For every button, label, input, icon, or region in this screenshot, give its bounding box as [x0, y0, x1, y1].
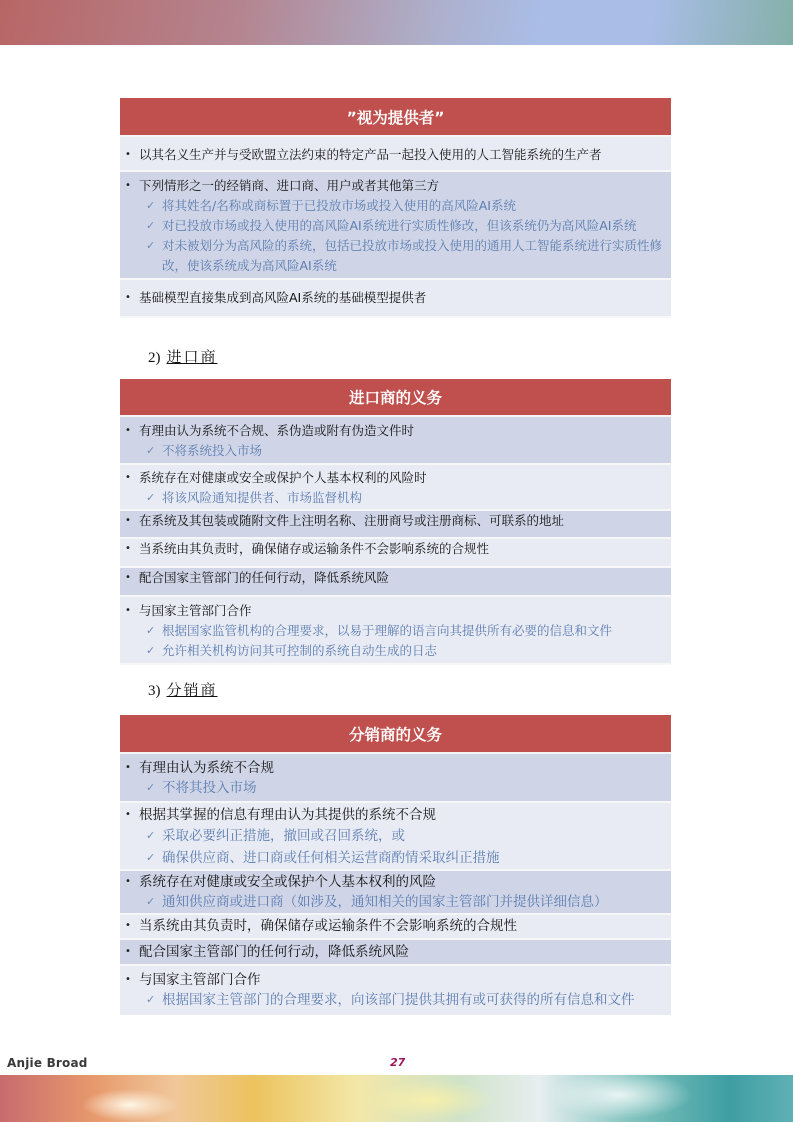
table-row: •基础模型直接集成到高风险AI系统的基础模型提供者 — [120, 280, 671, 318]
table-row: •有理由认为系统不合规 ✓不将其投入市场 — [120, 754, 671, 803]
sub-item-text: 确保供应商、进口商或任何相关运营商酌情采取纠正措施 — [162, 847, 671, 869]
importer-obligations-table: 进口商的义务 •有理由认为系统不合规、系伪造或附有伪造文件时 ✓不将系统投入市场… — [120, 379, 671, 665]
table-row: •当系统由其负责时，确保储存或运输条件不会影响系统的合规性 — [120, 915, 671, 940]
table-row: •与国家主管部门合作 ✓根据国家监管机构的合理要求，以易于理解的语言向其提供所有… — [120, 597, 671, 665]
table-row: •配合国家主管部门的任何行动，降低系统风险 — [120, 568, 671, 597]
sub-item-text: 不将其投入市场 — [162, 778, 671, 798]
bullet-icon: • — [124, 601, 139, 621]
table-title: ˮ视为提供者ˮ — [347, 106, 445, 128]
section-heading-importer: 2)进口商 — [148, 346, 218, 367]
row-text: 以其名义生产并与受欧盟立法约束的特定产品一起投入使用的人工智能系统的生产者 — [139, 145, 602, 165]
section-number: 3) — [148, 683, 161, 699]
sub-item-text: 对未被划分为高风险的系统，包括已投放市场或投入使用的通用人工智能系统进行实质性修… — [162, 236, 671, 276]
table-header: 进口商的义务 — [120, 379, 671, 417]
sub-item-text: 采取必要纠正措施，撤回或召回系统，或 — [162, 825, 671, 847]
bullet-icon: • — [124, 970, 139, 990]
sub-item-text: 根据国家主管部门的合理要求，向该部门提供其拥有或可获得的所有信息和文件 — [162, 990, 671, 1010]
section-name: 分销商 — [167, 683, 218, 699]
distributor-obligations-table: 分销商的义务 •有理由认为系统不合规 ✓不将其投入市场 •根据其掌握的信息有理由… — [120, 715, 671, 1015]
table-header: ˮ视为提供者ˮ — [120, 98, 671, 137]
bullet-icon: • — [124, 288, 139, 308]
bullet-icon: • — [124, 176, 139, 196]
sub-item-text: 不将系统投入市场 — [162, 441, 671, 461]
row-text: 根据其掌握的信息有理由认为其提供的系统不合规 — [139, 805, 436, 825]
table-row: •在系统及其包装或随附文件上注明名称、注册商号或注册商标、可联系的地址 — [120, 511, 671, 539]
bullet-icon: • — [124, 758, 139, 778]
bullet-icon: • — [124, 872, 139, 892]
sub-item-text: 通知供应商或进口商（如涉及，通知相关的国家主管部门并提供详细信息） — [162, 892, 671, 912]
bottom-decorative-art — [0, 1075, 793, 1122]
row-text: 有理由认为系统不合规、系伪造或附有伪造文件时 — [139, 421, 414, 441]
bullet-icon: • — [124, 568, 139, 588]
row-text: 基础模型直接集成到高风险AI系统的基础模型提供者 — [139, 288, 426, 308]
top-banner — [0, 0, 793, 45]
section-name: 进口商 — [167, 350, 218, 366]
table-row: •配合国家主管部门的任何行动，降低系统风险 — [120, 940, 671, 966]
footer-author: Anjie Broad — [7, 1056, 88, 1070]
row-text: 与国家主管部门合作 — [139, 601, 252, 621]
table-row: •与国家主管部门合作 ✓根据国家主管部门的合理要求，向该部门提供其拥有或可获得的… — [120, 966, 671, 1015]
row-text: 有理由认为系统不合规 — [139, 758, 274, 778]
row-text: 配合国家主管部门的任何行动，降低系统风险 — [139, 942, 409, 962]
row-text: 配合国家主管部门的任何行动，降低系统风险 — [139, 568, 389, 588]
bullet-icon: • — [124, 805, 139, 825]
sub-item-text: 根据国家监管机构的合理要求，以易于理解的语言向其提供所有必要的信息和文件 — [162, 621, 671, 641]
section-number: 2) — [148, 350, 161, 366]
section-heading-distributor: 3)分销商 — [148, 679, 218, 700]
bullet-icon: • — [124, 511, 139, 531]
row-text: 系统存在对健康或安全或保护个人基本权利的风险时 — [139, 468, 427, 488]
table-row: •系统存在对健康或安全或保护个人基本权利的风险 ✓通知供应商或进口商（如涉及，通… — [120, 871, 671, 915]
sub-item-text: 对已投放市场或投入使用的高风险AI系统进行实质性修改，但该系统仍为高风险AI系统 — [162, 216, 671, 236]
check-icon: ✓ — [146, 216, 162, 236]
table-title: 分销商的义务 — [349, 723, 442, 745]
table-row: •根据其掌握的信息有理由认为其提供的系统不合规 ✓采取必要纠正措施，撤回或召回系… — [120, 803, 671, 871]
page-number: 27 — [390, 1056, 405, 1069]
table-row: •下列情形之一的经销商、进口商、用户或者其他第三方 ✓将其姓名/名称或商标置于已… — [120, 172, 671, 280]
table-title: 进口商的义务 — [349, 386, 442, 408]
table-row: •当系统由其负责时，确保储存或运输条件不会影响系统的合规性 — [120, 539, 671, 568]
row-text: 当系统由其负责时，确保储存或运输条件不会影响系统的合规性 — [139, 916, 517, 936]
sub-item-text: 将该风险通知提供者、市场监督机构 — [162, 488, 671, 508]
table-row: •系统存在对健康或安全或保护个人基本权利的风险时 ✓将该风险通知提供者、市场监督… — [120, 465, 671, 511]
row-text: 与国家主管部门合作 — [139, 970, 261, 990]
check-icon: ✓ — [146, 236, 162, 256]
bullet-icon: • — [124, 421, 139, 441]
row-text: 下列情形之一的经销商、进口商、用户或者其他第三方 — [139, 176, 439, 196]
deemed-provider-table: ˮ视为提供者ˮ •以其名义生产并与受欧盟立法约束的特定产品一起投入使用的人工智能… — [120, 98, 671, 318]
table-row: •以其名义生产并与受欧盟立法约束的特定产品一起投入使用的人工智能系统的生产者 — [120, 137, 671, 172]
sub-item-text: 允许相关机构访问其可控制的系统自动生成的日志 — [162, 641, 671, 661]
check-icon: ✓ — [146, 641, 162, 661]
check-icon: ✓ — [146, 196, 162, 216]
sub-item-text: 将其姓名/名称或商标置于已投放市场或投入使用的高风险AI系统 — [162, 196, 671, 216]
bullet-icon: • — [124, 539, 139, 559]
bullet-icon: • — [124, 468, 139, 488]
check-icon: ✓ — [146, 825, 162, 847]
row-text: 系统存在对健康或安全或保护个人基本权利的风险 — [139, 872, 436, 892]
bullet-icon: • — [124, 916, 139, 936]
check-icon: ✓ — [146, 441, 162, 461]
row-text: 当系统由其负责时，确保储存或运输条件不会影响系统的合规性 — [139, 539, 489, 559]
table-header: 分销商的义务 — [120, 715, 671, 754]
bullet-icon: • — [124, 942, 139, 962]
check-icon: ✓ — [146, 778, 162, 798]
check-icon: ✓ — [146, 621, 162, 641]
check-icon: ✓ — [146, 892, 162, 912]
check-icon: ✓ — [146, 488, 162, 508]
row-text: 在系统及其包装或随附文件上注明名称、注册商号或注册商标、可联系的地址 — [139, 511, 564, 531]
check-icon: ✓ — [146, 847, 162, 869]
check-icon: ✓ — [146, 990, 162, 1010]
table-row: •有理由认为系统不合规、系伪造或附有伪造文件时 ✓不将系统投入市场 — [120, 417, 671, 465]
bullet-icon: • — [124, 145, 139, 165]
